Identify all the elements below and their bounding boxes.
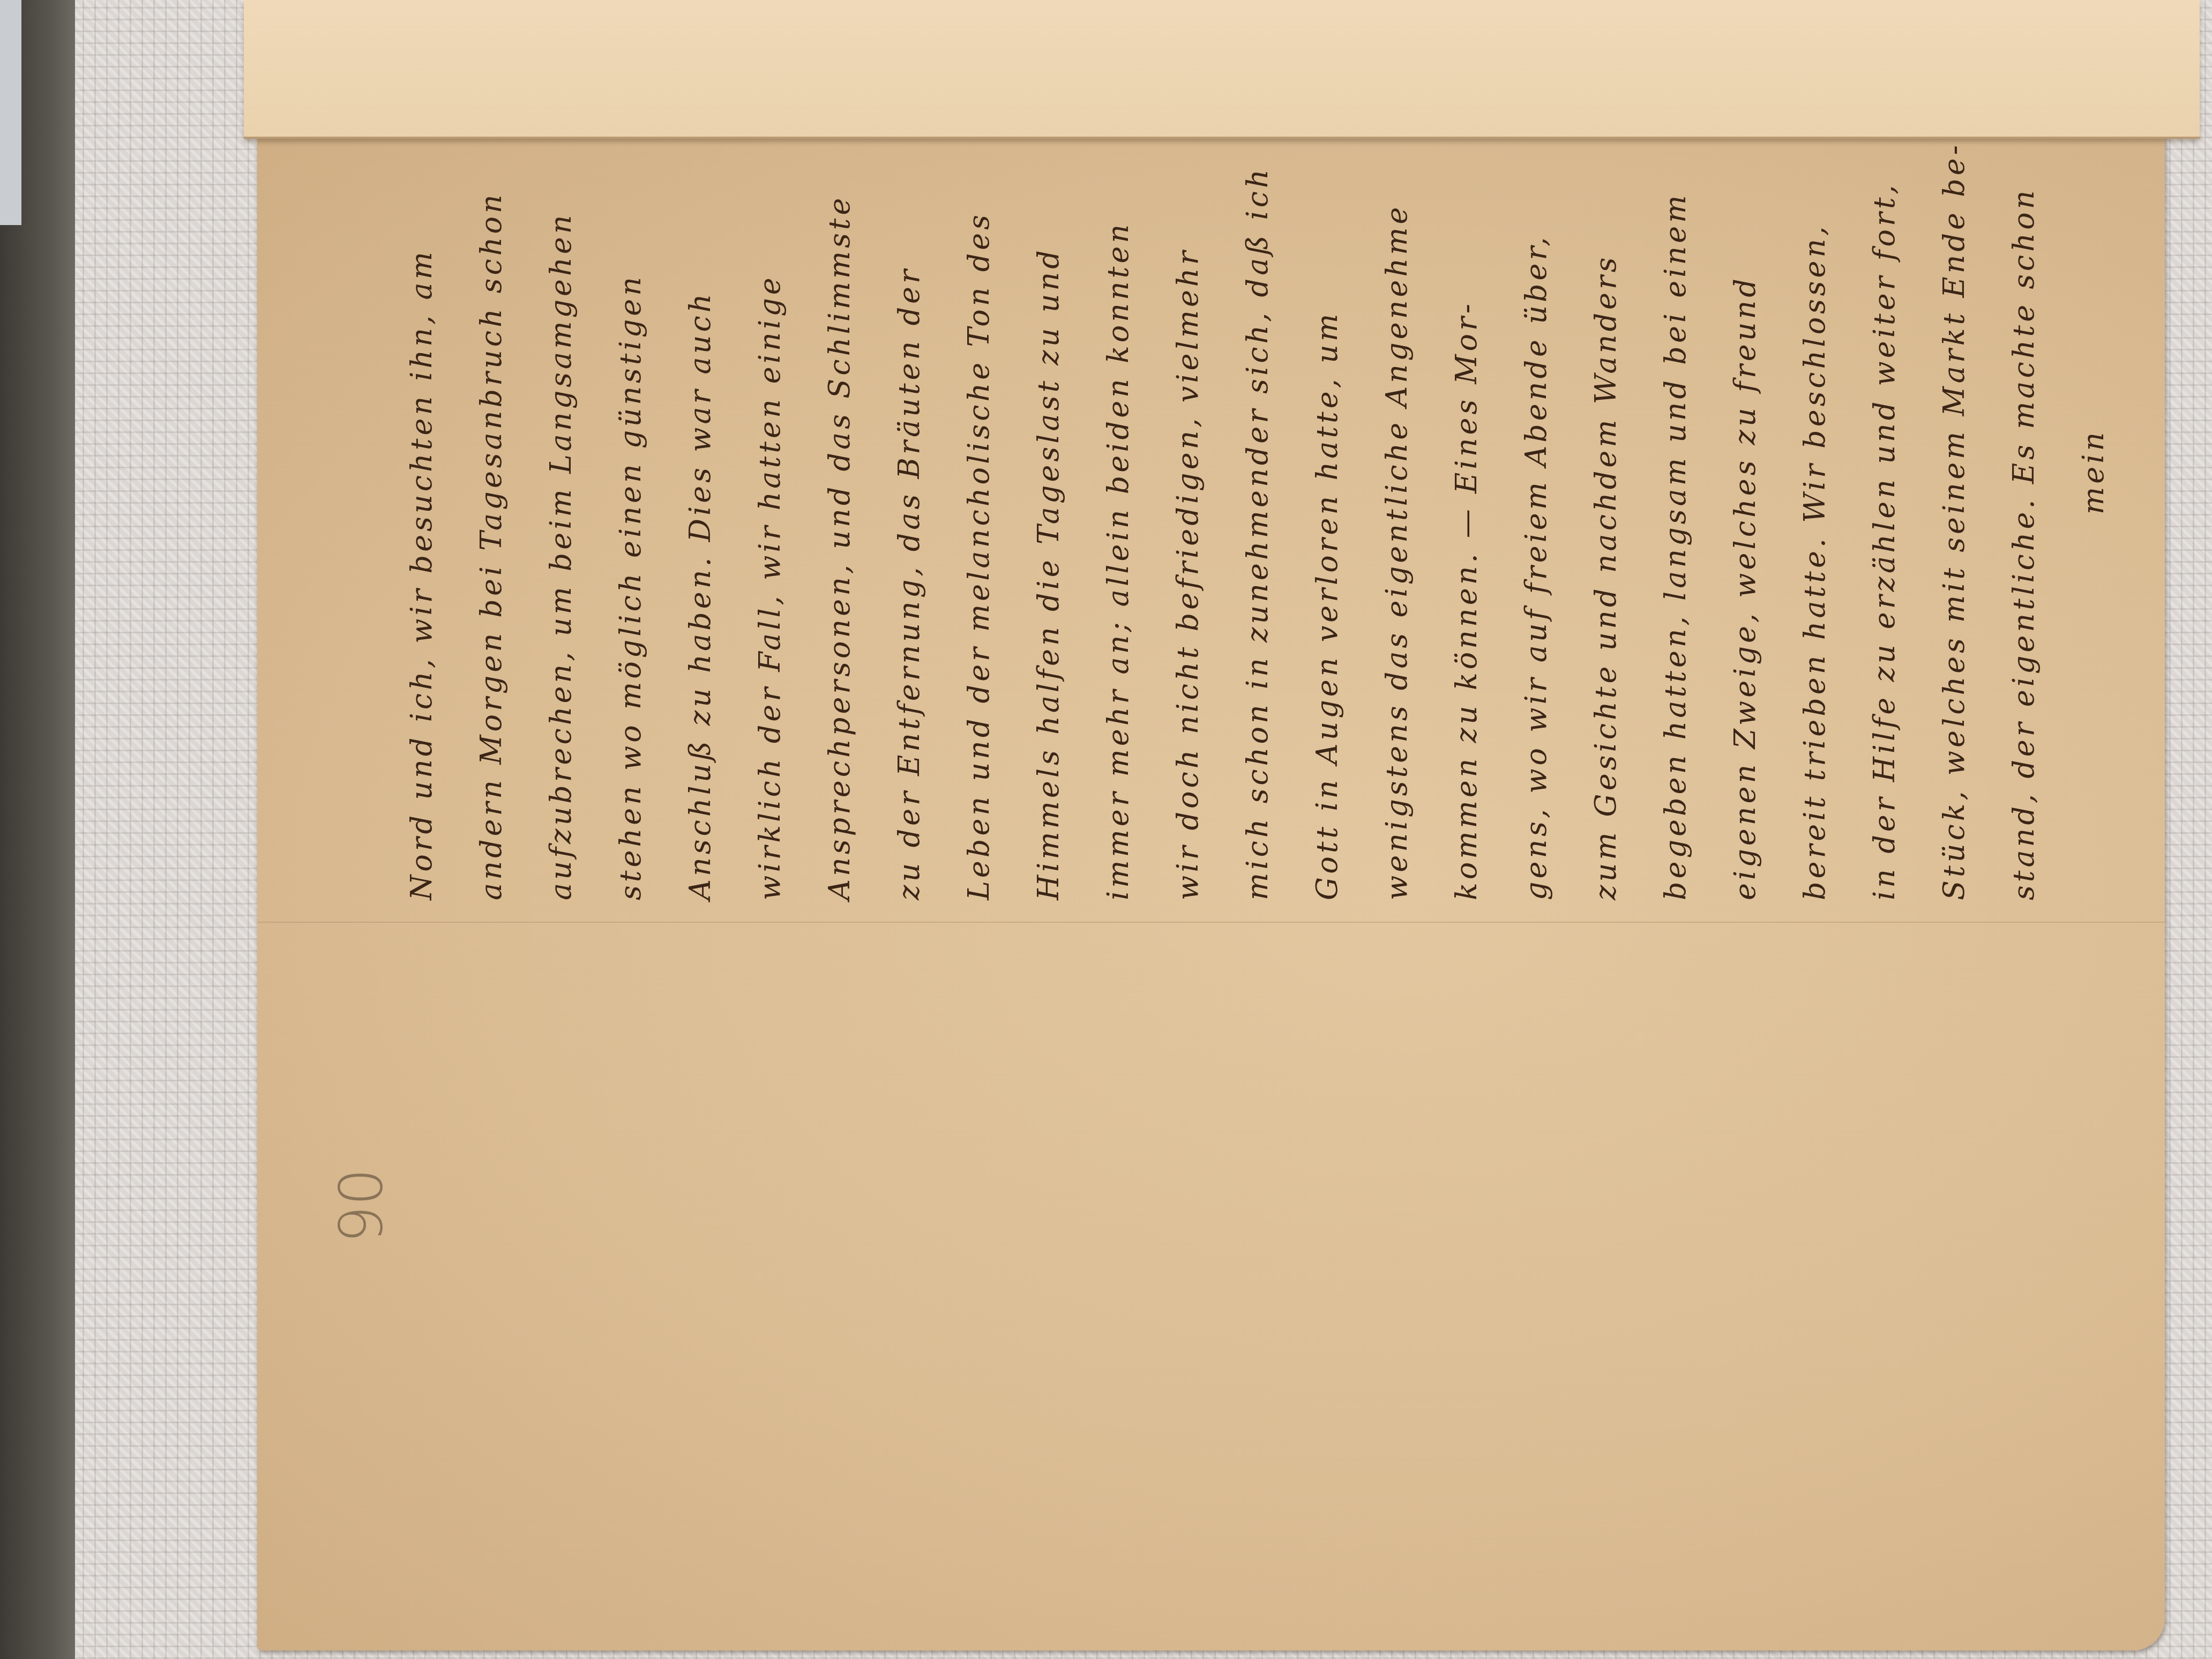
text-line: zum Gesichte und nachdem Wanders [1591,254,1620,900]
text-line: wir doch nicht befriedigen, vielmehr [1174,248,1202,900]
text-line: mein [2079,429,2108,514]
text-line: stehen wo möglich einen günstigen [616,274,645,900]
text-line: wirklich der Fall, wir hatten einige [756,274,784,900]
handwritten-text-block: Nord und ich, wir besuchten ihn, am ande… [327,139,2149,916]
text-line: wenigstens das eigentliche Angenehme [1382,204,1411,900]
upper-folded-sheet [244,0,2200,139]
folio-number: 90 [327,1168,395,1243]
text-line: in der Hilfe zu erzählen und weiter fort… [1870,182,1899,900]
table-edge [0,0,75,1659]
text-line: Nord und ich, wir besuchten ihn, am [407,249,436,900]
text-line: Stück, welches mit seinem Markt Ende be- [1940,142,1969,900]
text-line: Leben und der melancholische Ton des [965,212,993,900]
text-line: Gott in Augen verloren hatte, um [1313,311,1342,900]
text-line: Ansprechpersonen, und das Schlimmste [825,195,854,900]
text-line: begeben hatten, langsam und bei einem [1661,192,1690,900]
text-line: zu der Entfernung, das Bräuten der [895,266,924,900]
page-fold [257,922,2165,923]
underlying-paper [0,0,21,225]
text-line: Anschluß zu haben. Dies war auch [686,290,715,900]
text-line: gens, wo wir auf freiem Abende über, [1522,234,1551,900]
text-line: immer mehr an; allein beiden konnten [1104,221,1133,900]
text-line: kommen zu können. — Eines Mor- [1452,301,1481,900]
text-line: aufzubrechen, um beim Langsamgehen [547,212,576,900]
letter-page: Nord und ich, wir besuchten ihn, am ande… [257,129,2165,1650]
text-line: andern Morgen bei Tagesanbruch schon [477,191,506,900]
text-line: Himmels halfen die Tageslast zu und [1034,247,1063,900]
text-line: stand, der eigentliche. Es machte schon [2009,188,2038,900]
text-line: eigenen Zweige, welches zu freund [1731,275,1760,900]
text-line: mich schon in zunehmender sich, daß ich [1243,166,1272,900]
text-line: bereit trieben hatte. Wir beschlossen, [1800,223,1829,900]
